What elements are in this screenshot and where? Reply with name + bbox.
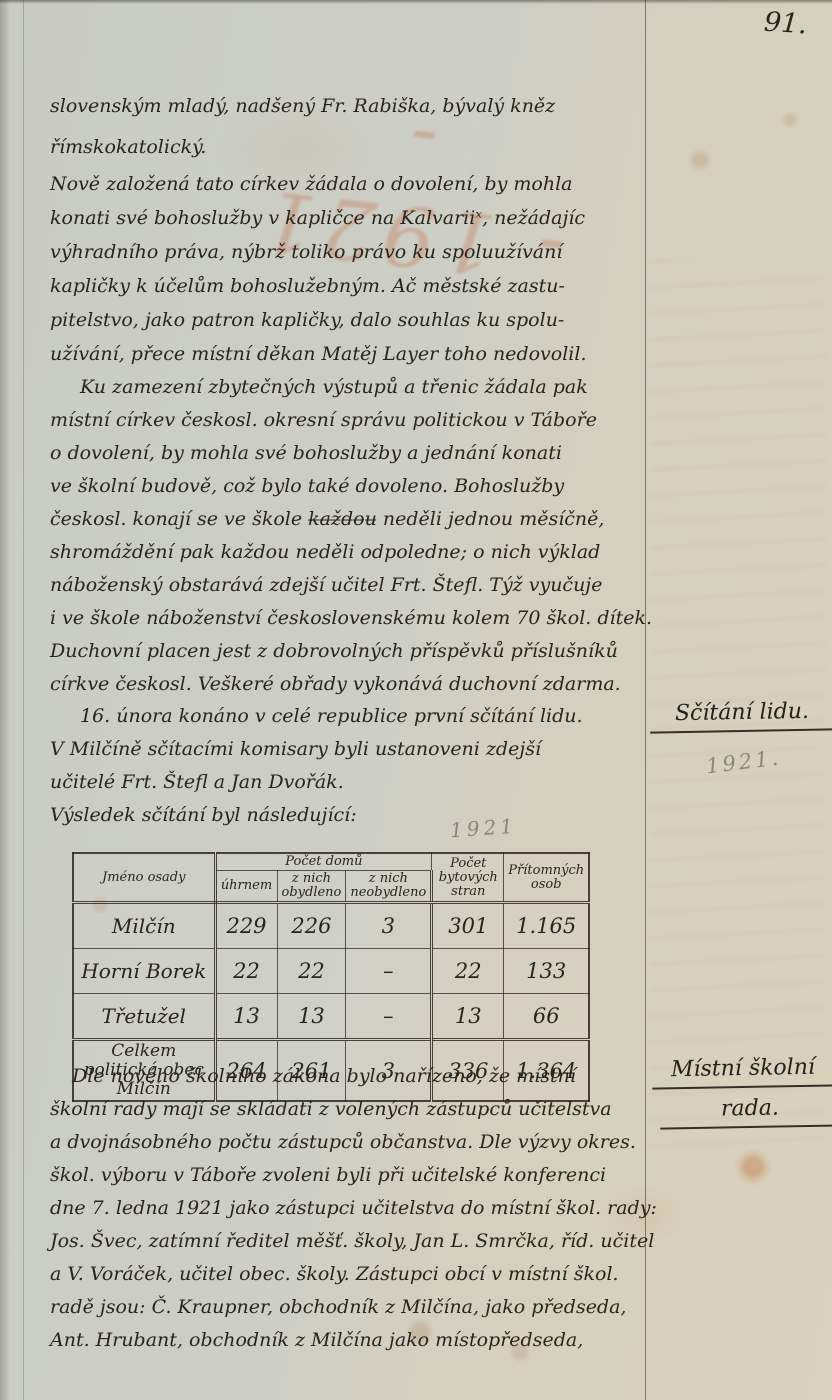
- paragraph-continuation: slovenským mladý, nadšený Fr. Rabiška, b…: [50, 86, 646, 168]
- handwritten-line: Jos. Švec, zatímní ředitel měšť. školy, …: [50, 1225, 646, 1258]
- census-value: 1.165: [504, 903, 589, 949]
- page-number: 91.: [763, 7, 808, 41]
- handwritten-line: užívání, přece místní děkan Matěj Layer …: [50, 337, 646, 371]
- handwritten-line: Výsledek sčítání byl následující:: [50, 799, 646, 832]
- handwritten-line: dne 7. ledna 1921 jako zástupci učitelst…: [50, 1192, 646, 1225]
- census-value: –: [346, 994, 432, 1040]
- handwritten-line: náboženský obstarává zdejší učitel Frt. …: [50, 569, 646, 602]
- col-header-households: Počet bytových stran: [432, 853, 504, 903]
- census-value: 13: [432, 994, 504, 1040]
- handwritten-line: výhradního práva, nýbrž toliko právo ku …: [50, 235, 646, 269]
- paragraph-census: 16. února konáno v celé republice první …: [50, 700, 646, 832]
- census-value: 229: [215, 903, 277, 949]
- paragraph-new-church: Nově založená tato církev žádala o dovol…: [50, 167, 646, 371]
- margin-note-census-year: 1921.: [705, 746, 782, 779]
- handwritten-line: místní církev českosl. okresní správu po…: [50, 404, 646, 437]
- col-header-houses-total: úhrnem: [215, 871, 277, 903]
- handwritten-line: Nově založená tato církev žádala o dovol…: [50, 167, 646, 201]
- handwritten-line: kapličky k účelům bohoslužebným. Ač měst…: [50, 269, 646, 303]
- table-row: Třetužel1313–1366: [73, 994, 589, 1040]
- col-header-houses-group: Počet domů: [215, 853, 432, 871]
- census-table-body: Milčín22922633011.165Horní Borek2222–221…: [73, 903, 589, 1040]
- handwritten-line: slovenským mladý, nadšený Fr. Rabiška, b…: [50, 86, 646, 127]
- col-header-persons: Přítomných osob: [504, 853, 589, 903]
- census-value: 133: [504, 949, 589, 994]
- handwritten-line: Duchovní placen jest z dobrovolných přís…: [50, 635, 646, 668]
- handwritten-line: římskokatolický.: [50, 127, 646, 168]
- census-value: 22: [215, 949, 277, 994]
- census-value: –: [346, 949, 432, 994]
- handwritten-line: konati své bohoslužby v kapličce na Kalv…: [50, 201, 646, 235]
- margin-note-school-board-line1: Místní školní: [652, 1054, 832, 1089]
- census-value: 13: [277, 994, 346, 1040]
- handwritten-line: Ku zamezení zbytečných výstupů a třenic …: [50, 371, 646, 404]
- chronicle-page-scan: - 1921 - 91. slovenským mladý, nadšený F…: [0, 0, 832, 1400]
- handwritten-line: o dovolení, by mohla své bohoslužby a je…: [50, 437, 646, 470]
- census-value: 3: [346, 903, 432, 949]
- handwritten-line: církve českosl. Veškeré obřady vykonává …: [50, 668, 646, 701]
- table-row: Horní Borek2222–22133: [73, 949, 589, 994]
- census-table-header: Jméno osady Počet domů Počet bytových st…: [73, 853, 589, 903]
- col-header-houses-uninhabited: z nich neobydleno: [346, 871, 432, 903]
- handwritten-line: V Milčíně sčítacími komisary byli ustano…: [50, 733, 646, 766]
- handwritten-line: Ant. Hrubant, obchodník z Milčína jako m…: [50, 1324, 646, 1357]
- handwritten-line: a dvojnásobného počtu zástupců občanstva…: [50, 1126, 646, 1159]
- settlement-name: Třetužel: [73, 994, 215, 1040]
- margin-note-school-board-line2: rada.: [660, 1094, 832, 1129]
- census-value: 301: [432, 903, 504, 949]
- settlement-name: Milčín: [73, 903, 215, 949]
- handwritten-line: českosl. konají se ve škole k̶a̶ž̶d̶o̶u̶…: [50, 503, 646, 536]
- handwritten-line: učitelé Frt. Štefl a Jan Dvořák.: [50, 766, 646, 799]
- census-value: 13: [215, 994, 277, 1040]
- pencil-year-annotation: 1921: [449, 814, 517, 843]
- col-header-houses-inhabited: z nich obydleno: [277, 871, 346, 903]
- handwritten-line: a V. Voráček, učitel obec. školy. Zástup…: [50, 1258, 646, 1291]
- handwritten-line: radě jsou: Č. Kraupner, obchodník z Milč…: [50, 1291, 646, 1324]
- handwritten-line: školní rady mají se skládati z volených …: [50, 1093, 646, 1126]
- census-value: 66: [504, 994, 589, 1040]
- census-value: 22: [277, 949, 346, 994]
- handwritten-line: i ve škole náboženství československému …: [50, 602, 646, 635]
- left-margin-rule: [23, 0, 24, 1400]
- handwritten-line: shromáždění pak každou neděli odpoledne;…: [50, 536, 646, 569]
- census-value: 22: [432, 949, 504, 994]
- settlement-name: Horní Borek: [73, 949, 215, 994]
- census-value: 226: [277, 903, 346, 949]
- paragraph-school-board: Dle nového školního zákona bylo nařízeno…: [50, 1060, 646, 1357]
- handwritten-line: ve školní budově, což bylo také dovoleno…: [50, 470, 646, 503]
- handwritten-line: 16. února konáno v celé republice první …: [50, 700, 646, 733]
- table-row: Milčín22922633011.165: [73, 903, 589, 949]
- paragraph-services-school: Ku zamezení zbytečných výstupů a třenic …: [50, 371, 646, 701]
- handwritten-line: Dle nového školního zákona bylo nařízeno…: [50, 1060, 646, 1093]
- col-header-settlement: Jméno osady: [73, 853, 215, 903]
- margin-note-census: Sčítání lidu.: [650, 698, 832, 733]
- handwritten-line: škol. výboru v Táboře zvoleni byli při u…: [50, 1159, 646, 1192]
- handwritten-line: pitelstvo, jako patron kapličky, dalo so…: [50, 303, 646, 337]
